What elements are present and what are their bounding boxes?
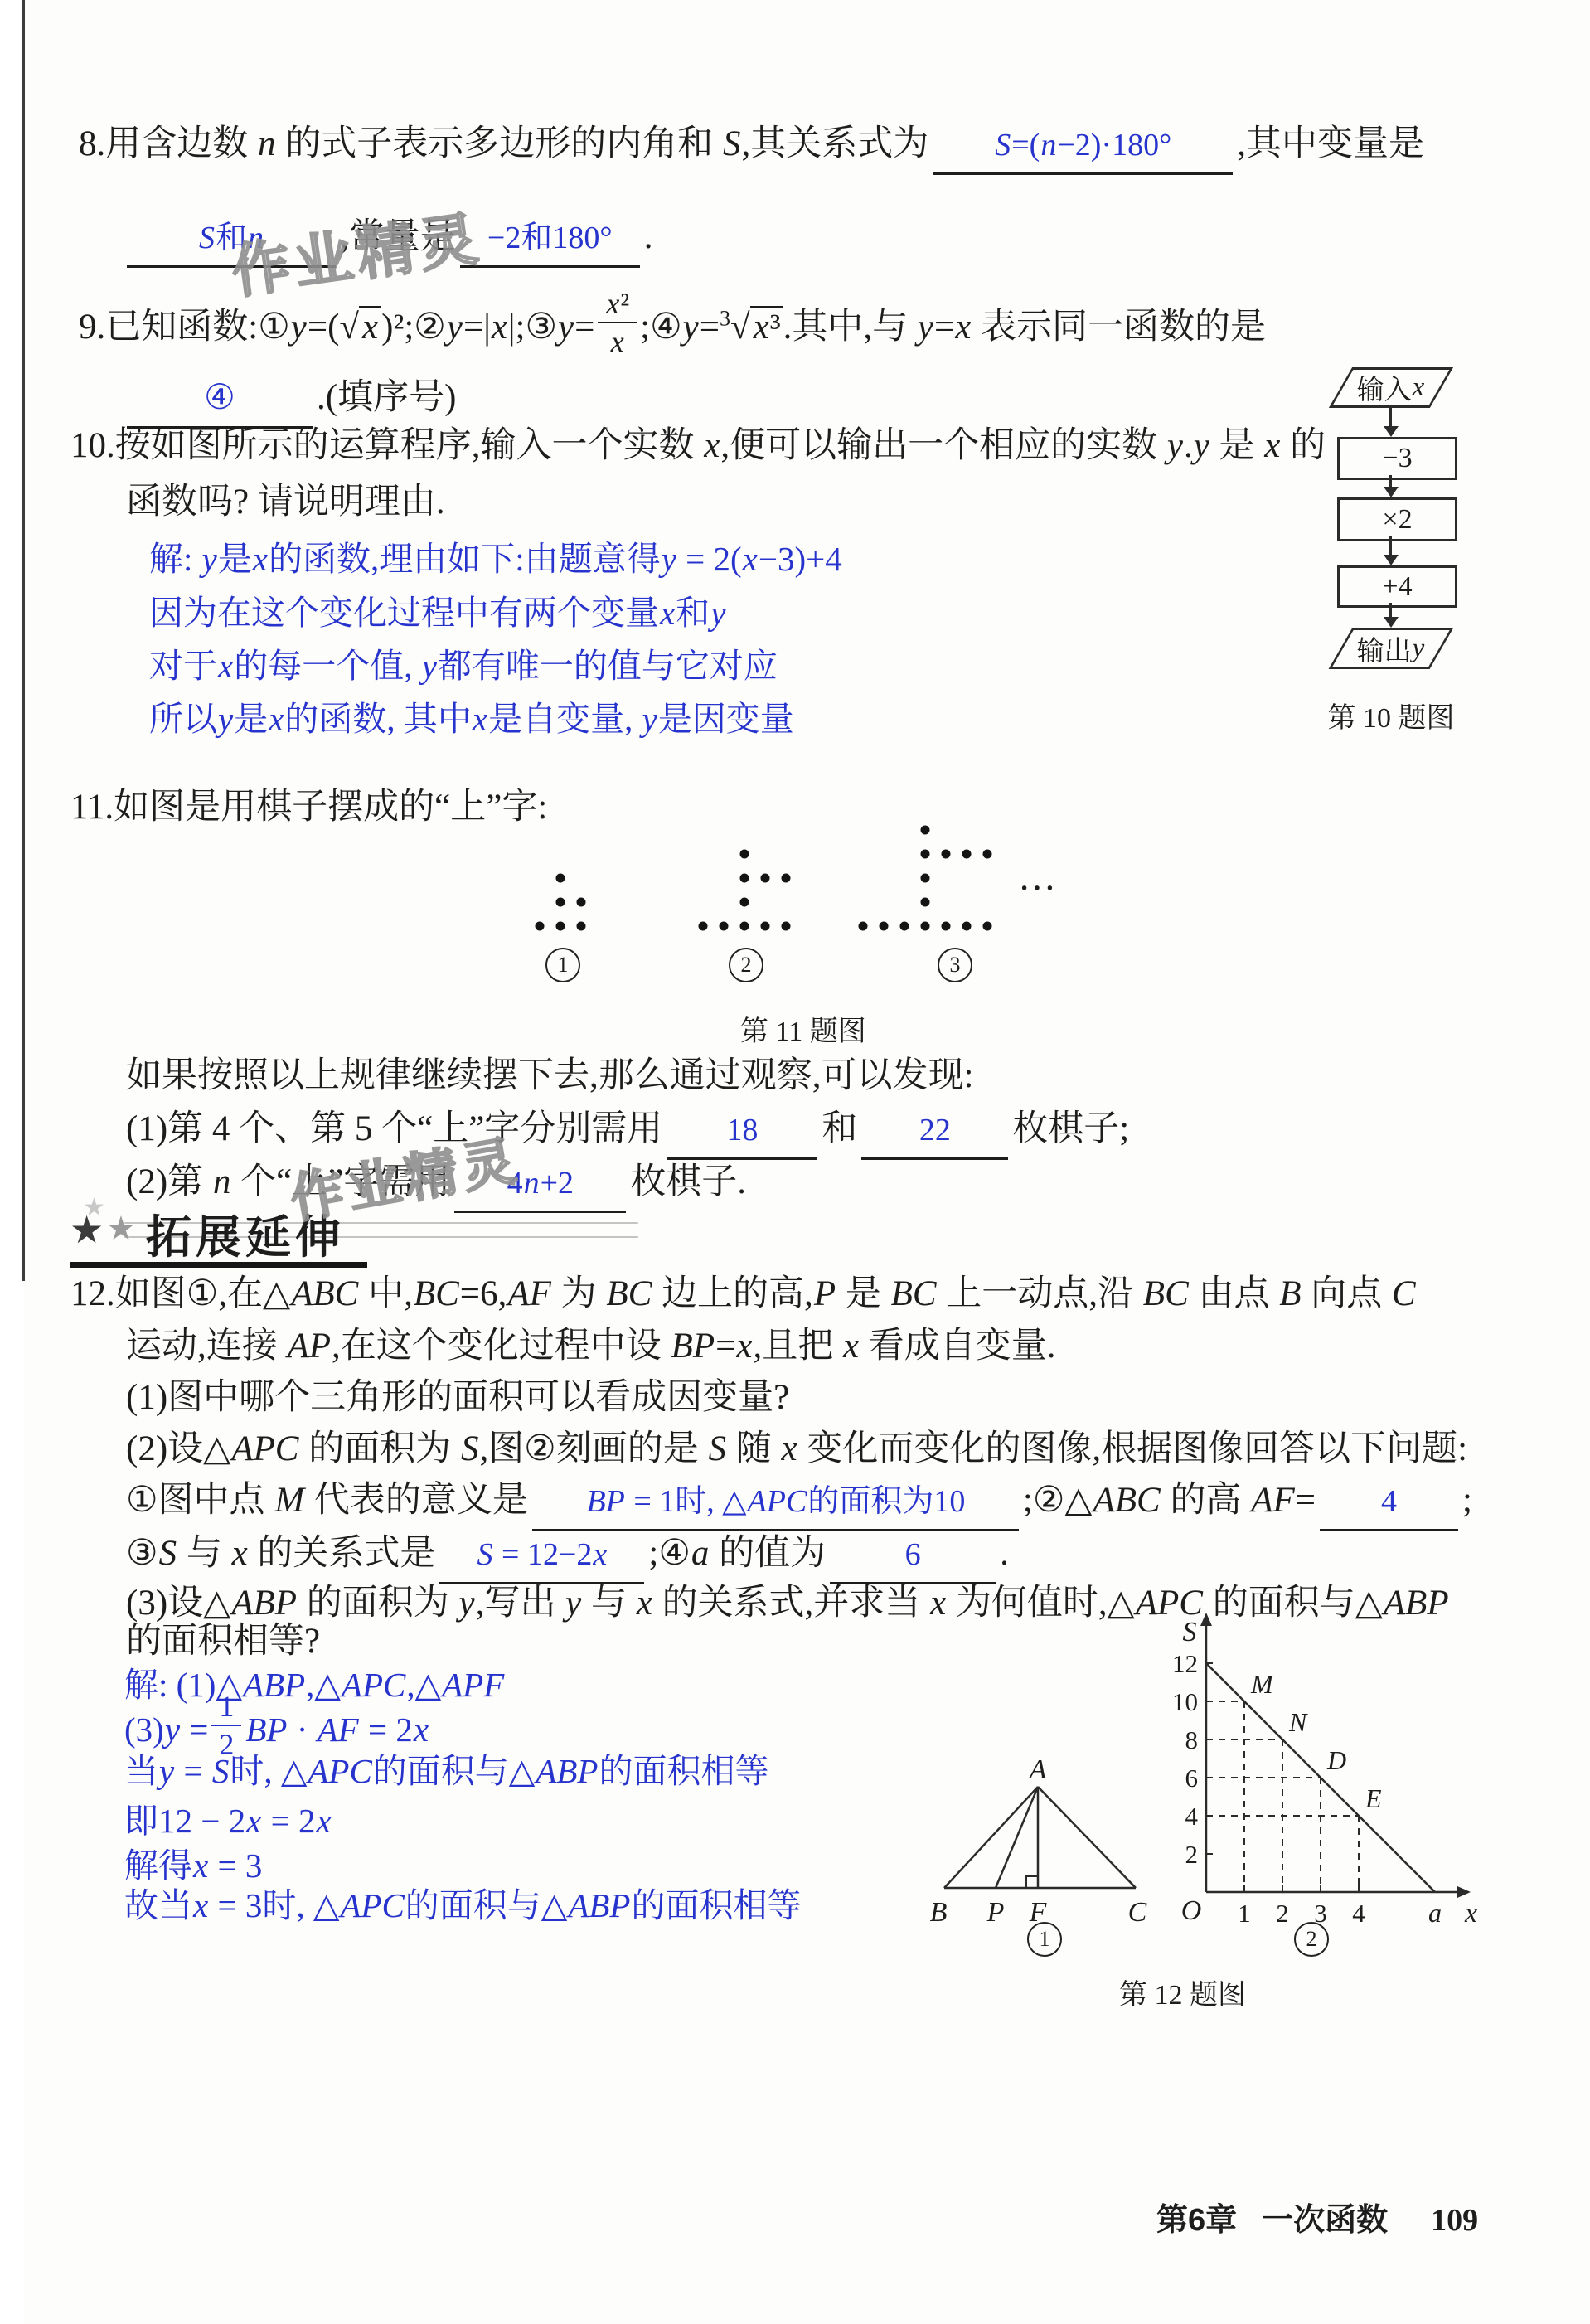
- p11-text-2: 如果按照以上规律继续摆下去,那么通过观察,可以发现:: [126, 1056, 973, 1095]
- figure-number: 1: [1040, 1927, 1050, 1952]
- p11-text-6: (2)第 n 个“上”字需用: [126, 1162, 450, 1201]
- flowchart-output-label: 输出y: [1329, 628, 1453, 669]
- pattern-number: 1: [558, 953, 569, 978]
- p11-answer-3: 4n+2: [507, 1166, 574, 1201]
- svg-text:S: S: [1183, 1617, 1197, 1647]
- p11-answer-2: 22: [919, 1113, 951, 1147]
- flow-arrow-down-icon: [1389, 536, 1392, 556]
- svg-text:a: a: [1428, 1898, 1442, 1928]
- p9-radicand-1: x: [359, 306, 381, 347]
- p8-answer-relation: S=(n−2)·180°: [994, 128, 1171, 163]
- star-icon: ★: [70, 1211, 104, 1249]
- svg-text:M: M: [1250, 1669, 1275, 1699]
- svg-text:4: 4: [1185, 1802, 1199, 1831]
- problem-9-line-1: 9.已知函数:①y=(√x)²;②y=|x|;③y=x²x;④y=3√x³.其中…: [79, 289, 1266, 357]
- problem-12-line-2: 运动,连接 AP,在这个变化过程中设 BP=x,且把 x 看成自变量.: [126, 1323, 1056, 1370]
- figure-12-caption: 第 12 题图: [1119, 1972, 1246, 2012]
- p9-fraction-denominator: x: [598, 323, 637, 357]
- p11-text-3: (1)第 4 个、第 5 个“上”字分别需用: [126, 1109, 662, 1148]
- svg-text:2: 2: [1185, 1840, 1199, 1869]
- p9-radicand-2: x³: [750, 306, 783, 347]
- p8-text-3: ,常量是: [340, 217, 456, 256]
- p12-blank-1: BP = 1时, △APC的面积为10: [532, 1477, 1019, 1531]
- s-x-graph-figure: MNDE246810121234SOax: [1156, 1604, 1488, 1961]
- p11-blank-2: 22: [861, 1106, 1008, 1160]
- problem-9-line-2: ④.(填序号): [123, 375, 456, 429]
- p12-q3-text-1: ①图中点 M 代表的意义是: [126, 1481, 528, 1520]
- p11-text-4: 和: [822, 1109, 857, 1148]
- pattern-1-label: 1: [545, 948, 580, 982]
- p10-sol-text-2: 因为在这个变化过程中有两个变量x和y: [149, 594, 726, 632]
- p12-blank-2: 4: [1320, 1477, 1458, 1531]
- p12-question-4: ③S 与 x 的关系式是S = 12−2x;④a 的值为6.: [126, 1531, 1009, 1584]
- flowchart-step-minus3: −3: [1337, 437, 1457, 480]
- svg-text:N: N: [1288, 1707, 1308, 1737]
- problem-11-line-3: (1)第 4 个、第 5 个“上”字分别需用18和22枚棋子;: [126, 1106, 1129, 1160]
- p9-answer: ④: [204, 379, 235, 417]
- flow-arrow-down-icon: [1389, 603, 1392, 619]
- p12-q4-text-3: .: [1000, 1534, 1009, 1573]
- svg-text:10: 10: [1172, 1687, 1198, 1716]
- p8-text-2: ,其中变量是: [1237, 124, 1424, 163]
- p9-text-1: 9.已知函数:①y=(: [79, 308, 339, 347]
- svg-text:x: x: [1464, 1898, 1477, 1929]
- p9-text-4: .其中,与 y=x 表示同一函数的是: [783, 308, 1266, 347]
- p12-solution-line-6: 故当x = 3时, △APC的面积与△ABP的面积相等: [124, 1884, 801, 1928]
- pattern-ellipsis: …: [1018, 852, 1059, 902]
- problem-11-line-1: 11.如图是用棋子摆成的“上”字:: [70, 784, 547, 831]
- p10-text-1: 10.按如图所示的运算程序,输入一个实数 x,便可以输出一个相应的实数 y.y …: [70, 426, 1326, 465]
- pattern-2-label: 2: [729, 948, 763, 982]
- flowchart-output-parallelogram: 输出y: [1329, 628, 1453, 669]
- p12-text-2: 运动,连接 AP,在这个变化过程中设 BP=x,且把 x 看成自变量.: [126, 1327, 1056, 1366]
- footer-chapter: 第6章: [1156, 2203, 1237, 2238]
- figure-2-label: 2: [1294, 1922, 1329, 1957]
- workbook-page: { "watermark": "作业精灵", "p8": { "l1a": "8…: [0, 0, 1590, 2324]
- p12-q2-text: (2)设△APC 的面积为 S,图②刻画的是 S 随 x 变化而变化的图像,根据…: [126, 1429, 1467, 1468]
- p8-text-1: 8.用含边数 n 的式子表示多边形的内角和 S,其关系式为: [79, 124, 928, 163]
- star-icon: ★: [106, 1212, 136, 1245]
- problem-11-line-2: 如果按照以上规律继续摆下去,那么通过观察,可以发现:: [126, 1053, 973, 1099]
- p12-sol-text-6: 故当x = 3时, △APC的面积与△ABP的面积相等: [124, 1886, 801, 1924]
- figure-1-label: 1: [1027, 1922, 1062, 1957]
- p12-solution-line-3: 当y = S时, △APC的面积与△ABP的面积相等: [124, 1749, 768, 1793]
- right-angle-mark: [1026, 1876, 1038, 1888]
- problem-8-line-1: 8.用含边数 n 的式子表示多边形的内角和 S,其关系式为S=(n−2)·180…: [79, 121, 1424, 175]
- p12-sol-text-4: 即12 − 2x = 2x: [124, 1802, 332, 1840]
- p12-sol-text-2a: (3)y =: [124, 1710, 208, 1749]
- p9-blank-answer: ④: [127, 375, 313, 429]
- p12-sol-text-3: 当y = S时, △APC的面积与△ABP的面积相等: [124, 1752, 768, 1790]
- p10-solution-line-3: 对于x的每一个值, y都有唯一的值与它对应: [149, 644, 778, 688]
- svg-text:E: E: [1365, 1783, 1382, 1813]
- problem-10-line-2: 函数吗? 请说明理由.: [126, 479, 445, 526]
- flow-arrow-down-icon: [1389, 475, 1392, 488]
- fraction-numerator: 1: [211, 1691, 241, 1726]
- page-footer: 第6章一次函数109: [1156, 2194, 1478, 2239]
- svg-text:D: D: [1326, 1745, 1346, 1775]
- p12-question-2: (2)设△APC 的面积为 S,图②刻画的是 S 随 x 变化而变化的图像,根据…: [126, 1426, 1467, 1473]
- sqrt-icon: √: [339, 308, 359, 347]
- p12-solution-line-4: 即12 − 2x = 2x: [124, 1799, 332, 1843]
- p9-text-5: .(填序号): [317, 378, 456, 417]
- flow-arrow-down-icon: [1389, 408, 1392, 428]
- problem-10-line-1: 10.按如图所示的运算程序,输入一个实数 x,便可以输出一个相应的实数 y.y …: [70, 423, 1326, 469]
- p12-blank-3: S = 12−2x: [439, 1531, 644, 1584]
- p11-text-7: 枚棋子.: [630, 1162, 746, 1201]
- triangle-abc-figure: A B P F C: [908, 1754, 1165, 1932]
- svg-text:12: 12: [1172, 1649, 1198, 1678]
- flowchart-step-label: ×2: [1382, 504, 1412, 536]
- p11-blank-3: 4n+2: [454, 1159, 626, 1213]
- p12-answer-4: 6: [905, 1537, 921, 1572]
- p11-answer-1: 18: [726, 1113, 758, 1147]
- p12-answer-2: 4: [1381, 1484, 1397, 1519]
- p12-question-3: ①图中点 M 代表的意义是BP = 1时, △APC的面积为10;②△ABC 的…: [126, 1477, 1472, 1531]
- p12-q1-text: (1)图中哪个三角形的面积可以看成因变量?: [126, 1378, 789, 1417]
- flowchart-input-label: 输入x: [1329, 367, 1453, 408]
- p12-sol-text-5: 解得x = 3: [124, 1846, 262, 1885]
- point-label-p: P: [986, 1897, 1005, 1928]
- vertex-label-c: C: [1128, 1897, 1147, 1928]
- p10-solution-line-2: 因为在这个变化过程中有两个变量x和y: [149, 591, 726, 635]
- p9-text-3: ;④y=: [640, 308, 720, 347]
- flowchart-step-label: −3: [1382, 443, 1412, 474]
- p12-q3-text-3: ;: [1462, 1481, 1472, 1520]
- flowchart-step-times2: ×2: [1337, 497, 1457, 541]
- section-title: 拓展延伸: [146, 1201, 345, 1266]
- svg-text:2: 2: [1276, 1899, 1289, 1928]
- p12-question-1: (1)图中哪个三角形的面积可以看成因变量?: [126, 1375, 789, 1421]
- footer-section: 一次函数: [1262, 2203, 1388, 2238]
- p12-question-5-line-2: 的面积相等?: [126, 1618, 320, 1665]
- svg-text:1: 1: [1238, 1899, 1251, 1928]
- p12-sol-text-2b: BP · AF = 2x: [245, 1710, 429, 1749]
- p12-q4-text-1: ③S 与 x 的关系式是: [126, 1534, 435, 1573]
- flowchart-step-label: +4: [1382, 571, 1412, 603]
- p12-answer-1: BP = 1时, △APC的面积为10: [585, 1484, 965, 1519]
- problem-8-line-2: S和n,常量是−2和180°.: [123, 214, 653, 268]
- vertex-label-a: A: [1028, 1754, 1047, 1785]
- vertex-label-b: B: [930, 1897, 948, 1928]
- p12-answer-3: S = 12−2x: [477, 1537, 608, 1572]
- p8-answer-variables: S和n: [198, 221, 264, 255]
- p8-blank-relation: S=(n−2)·180°: [933, 121, 1233, 175]
- figure-number: 2: [1306, 1927, 1317, 1952]
- ellipsis-text: …: [1018, 856, 1059, 898]
- footer-page-number: 109: [1431, 2203, 1478, 2238]
- problem-12-line-1: 12.如图①,在△ABC 中,BC=6,AF 为 BC 边上的高,P 是 BC …: [70, 1271, 1417, 1317]
- p10-sol-text-1: 解: y是x的函数,理由如下:由题意得y = 2(x−3)+4: [149, 540, 842, 578]
- p8-blank-variables: S和n: [127, 214, 336, 268]
- flowchart-step-plus4: +4: [1337, 565, 1457, 608]
- p11-text-1: 11.如图是用棋子摆成的“上”字:: [70, 788, 547, 827]
- p9-fraction: x²x: [598, 289, 637, 357]
- pattern-number: 2: [741, 953, 752, 978]
- p9-fraction-numerator: x²: [598, 289, 637, 323]
- p10-text-2: 函数吗? 请说明理由.: [126, 483, 445, 522]
- p8-answer-constants: −2和180°: [487, 221, 613, 255]
- pattern-3-label: 3: [938, 948, 972, 982]
- p8-blank-constants: −2和180°: [460, 214, 640, 268]
- p12-q4-text-2: ;④a 的值为: [648, 1534, 826, 1573]
- p12-solution-line-5: 解得x = 3: [124, 1844, 262, 1888]
- p8-text-4: .: [644, 217, 653, 256]
- p10-sol-text-3: 对于x的每一个值, y都有唯一的值与它对应: [149, 647, 778, 685]
- p10-sol-text-4: 所以y是x的函数, 其中x是自变量, y是因变量: [149, 700, 794, 738]
- svg-text:4: 4: [1352, 1899, 1365, 1928]
- p11-text-5: 枚棋子;: [1012, 1109, 1129, 1148]
- svg-text:6: 6: [1185, 1764, 1199, 1793]
- p12-q3-text-2: ;②△ABC 的高 AF=: [1023, 1481, 1316, 1520]
- figure-10-caption: 第 10 题图: [1316, 695, 1466, 735]
- p11-blank-1: 18: [667, 1106, 817, 1160]
- p9-text-2: )²;②y=|x|;③y=: [381, 308, 594, 347]
- p12-text-1: 12.如图①,在△ABC 中,BC=6,AF 为 BC 边上的高,P 是 BC …: [70, 1274, 1417, 1313]
- section-title-underline: [70, 1262, 367, 1268]
- p12-q5-text-2: 的面积相等?: [126, 1622, 320, 1661]
- flowchart-input-parallelogram: 输入x: [1329, 367, 1453, 408]
- pattern-number: 3: [950, 953, 961, 978]
- p10-solution-line-4: 所以y是x的函数, 其中x是自变量, y是因变量: [149, 697, 794, 741]
- p10-solution-line-1: 解: y是x的函数,理由如下:由题意得y = 2(x−3)+4: [149, 537, 842, 581]
- sqrt-icon: √: [730, 308, 750, 347]
- svg-text:8: 8: [1185, 1725, 1199, 1754]
- svg-text:O: O: [1181, 1895, 1202, 1926]
- p9-cbrt-index: 3: [720, 307, 730, 331]
- figure-11-caption: 第 11 题图: [740, 1008, 866, 1049]
- left-margin-rule: [22, 0, 25, 1281]
- p12-blank-4: 6: [830, 1531, 996, 1584]
